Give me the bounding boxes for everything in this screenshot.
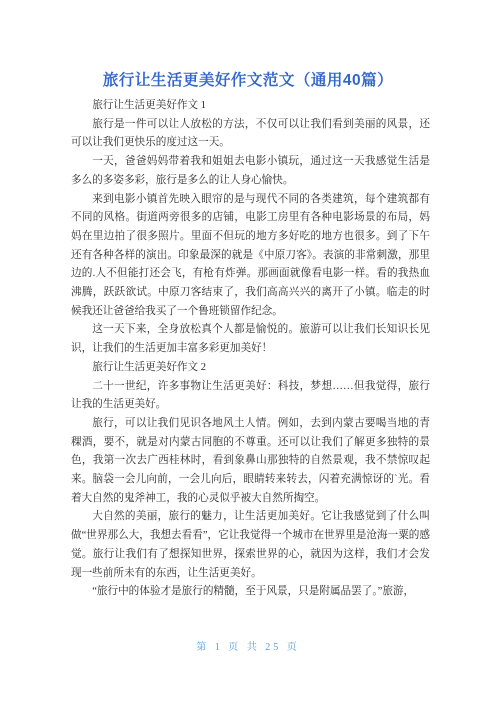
paragraph: 旅行，可以让我们见识各地风土人情。例如，去到内蒙古要喝当地的青稞酒，要不，就是对…	[71, 415, 430, 509]
paragraph: 旅行让生活更美好作文 1	[71, 97, 430, 116]
paragraph: 大自然的美丽，旅行的魅力，让生活更加美好。它让我感觉到了什么叫做“世界那么大，我…	[71, 508, 430, 583]
page-number-footer: 第 1 页 共 25 页	[0, 638, 496, 653]
document-body: 旅行让生活更美好作文 1旅行是一件可以让人放松的方法，不仅可以让我们看到美丽的风…	[71, 97, 430, 602]
document-page: 旅行让生活更美好作文范文（通用40篇） 旅行让生活更美好作文 1旅行是一件可以让…	[0, 0, 496, 702]
paragraph: 二十一世纪，许多事物让生活更美好：科技，梦想……但我觉得，旅行让我的生活更美好。	[71, 378, 430, 415]
paragraph: 一天，爸爸妈妈带着我和姐姐去电影小镇玩，通过这一天我感觉生活是多么的多姿多彩，旅…	[71, 153, 430, 190]
document-title: 旅行让生活更美好作文范文（通用40篇）	[0, 0, 496, 92]
paragraph: “旅行中的体验才是旅行的精髓，至于风景，只是附属品罢了。”旅游，	[71, 583, 430, 602]
paragraph: 这一天下来，全身放松真个人都是愉悦的。旅游可以让我们长知识长见识，让我们的生活更…	[71, 321, 430, 358]
paragraph: 来到电影小镇首先映入眼帘的是与现代不同的各类建筑，每个建筑都有不同的风格。街道两…	[71, 191, 430, 322]
paragraph: 旅行让生活更美好作文 2	[71, 359, 430, 378]
paragraph: 旅行是一件可以让人放松的方法，不仅可以让我们看到美丽的风景，还可以让我们更快乐的…	[71, 116, 430, 153]
